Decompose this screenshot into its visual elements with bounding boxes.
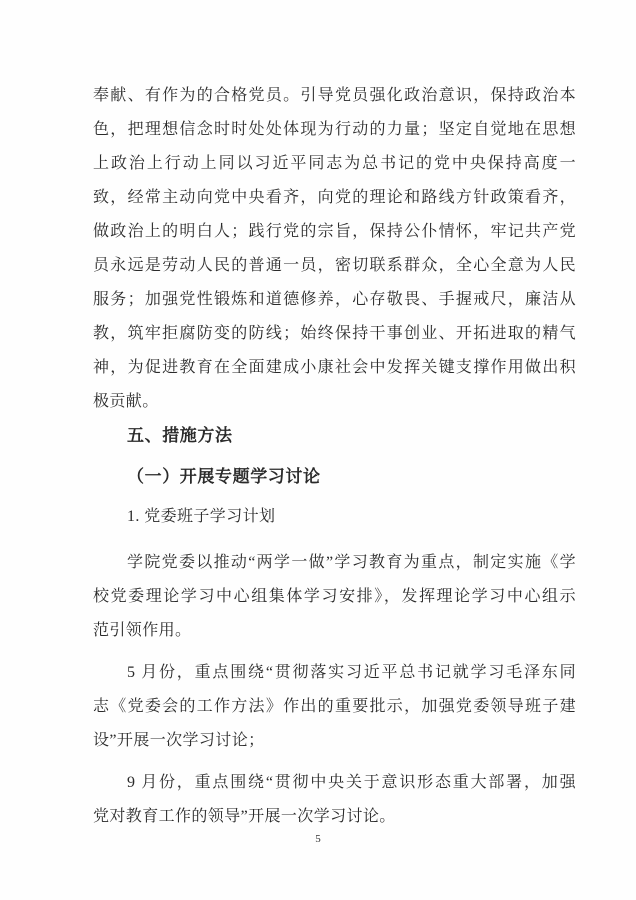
- body-line: 奉献、有作为的合格党员。引导党员强化政治意识，保持政治本: [93, 79, 576, 113]
- page-content: 奉献、有作为的合格党员。引导党员强化政治意识，保持政治本 色，把理想信念时时处处…: [93, 79, 576, 834]
- body-line: 志《党委会的工作方法》作出的重要批示，加强党委领导班子建: [93, 690, 576, 724]
- body-line: 教，筑牢拒腐防变的防线；始终保持干事创业、开拓进取的精气: [93, 317, 576, 351]
- paragraph: 5 月份，重点围绕“贯彻落实习近平总书记就学习毛泽东同 志《党委会的工作方法》作…: [93, 656, 576, 758]
- body-line: 极贡献。: [93, 385, 576, 419]
- document-page: 奉献、有作为的合格党员。引导党员强化政治意识，保持政治本 色，把理想信念时时处处…: [0, 0, 636, 900]
- body-line: 校党委理论学习中心组集体学习安排》，发挥理论学习中心组示: [93, 580, 576, 614]
- body-line: 5 月份，重点围绕“贯彻落实习近平总书记就学习毛泽东同: [93, 656, 576, 690]
- body-line: 设”开展一次学习讨论；: [93, 724, 576, 758]
- body-line: 致，经常主动向党中央看齐，向党的理论和路线方针政策看齐，: [93, 181, 576, 215]
- paragraph: 学院党委以推动“两学一做”学习教育为重点，制定实施《学 校党委理论学习中心组集体…: [93, 546, 576, 648]
- paragraph-continuation: 奉献、有作为的合格党员。引导党员强化政治意识，保持政治本 色，把理想信念时时处处…: [93, 79, 576, 419]
- body-line: 学院党委以推动“两学一做”学习教育为重点，制定实施《学: [93, 546, 576, 580]
- section-heading: 五、措施方法: [93, 419, 576, 453]
- body-line: 上政治上行动上同以习近平同志为总书记的党中央保持高度一: [93, 147, 576, 181]
- body-line: 员永远是劳动人民的普通一员，密切联系群众，全心全意为人民: [93, 249, 576, 283]
- body-line: 党对教育工作的领导”开展一次学习讨论。: [93, 800, 576, 834]
- page-number: 5: [0, 832, 636, 846]
- body-line: 范引领作用。: [93, 614, 576, 648]
- body-line: 9 月份，重点围绕“贯彻中央关于意识形态重大部署，加强: [93, 766, 576, 800]
- body-line: 神，为促进教育在全面建成小康社会中发挥关键支撑作用做出积: [93, 351, 576, 385]
- item-title: 1. 党委班子学习计划: [93, 500, 576, 534]
- body-line: 服务；加强党性锻炼和道德修养，心存敬畏、手握戒尺，廉洁从: [93, 283, 576, 317]
- paragraph: 9 月份，重点围绕“贯彻中央关于意识形态重大部署，加强 党对教育工作的领导”开展…: [93, 766, 576, 834]
- body-line: 做政治上的明白人；践行党的宗旨，保持公仆情怀，牢记共产党: [93, 215, 576, 249]
- body-line: 色，把理想信念时时处处体现为行动的力量；坚定自觉地在思想: [93, 113, 576, 147]
- subsection-heading: （一）开展专题学习讨论: [93, 460, 576, 494]
